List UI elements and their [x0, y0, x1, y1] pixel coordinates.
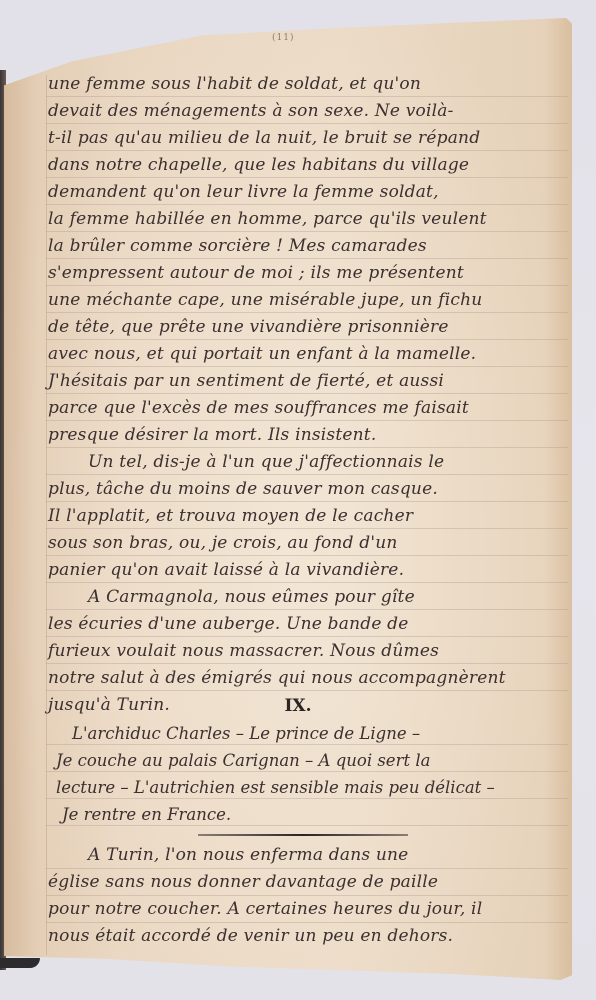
text-line: les écuries d'une auberge. Une bande de [48, 611, 568, 638]
section-divider [198, 834, 408, 836]
text-line: t-il pas qu'au milieu de la nuit, le bru… [48, 125, 568, 152]
margin-rule [46, 75, 47, 955]
text-line: devait des ménagements à son sexe. Ne vo… [48, 98, 568, 125]
text-line: la femme habillée en homme, parce qu'ils… [48, 206, 568, 233]
chapter-summary: L'archiduc Charles – Le prince de Ligne … [56, 720, 566, 828]
summary-line: Je couche au palais Carignan – A quoi se… [56, 747, 566, 774]
body-text: une femme sous l'habit de soldat, et qu'… [48, 71, 568, 719]
summary-line: Je rentre en France. [56, 801, 566, 828]
text-line: Il l'applatit, et trouva moyen de le cac… [48, 503, 568, 530]
text-line: furieux voulait nous massacrer. Nous dûm… [48, 638, 568, 665]
text-line: une méchante cape, une misérable jupe, u… [48, 287, 568, 314]
text-line: dans notre chapelle, que les habitans du… [48, 152, 568, 179]
text-line: pour notre coucher. A certaines heures d… [48, 896, 568, 923]
text-line: A Carmagnola, nous eûmes pour gîte [48, 584, 568, 611]
closing-text: A Turin, l'on nous enferma dans une égli… [48, 842, 568, 950]
text-line: J'hésitais par un sentiment de fierté, e… [48, 368, 568, 395]
text-line: une femme sous l'habit de soldat, et qu'… [48, 71, 568, 98]
page-number: (11) [272, 33, 294, 43]
summary-line: lecture – L'autrichien est sensible mais… [56, 774, 566, 801]
text-line: église sans nous donner davantage de pai… [48, 869, 568, 896]
text-line: nous était accordé de venir un peu en de… [48, 923, 568, 950]
text-line: Un tel, dis-je à l'un que j'affectionnai… [48, 449, 568, 476]
text-line: de tête, que prête une vivandière prison… [48, 314, 568, 341]
text-line: demandent qu'on leur livre la femme sold… [48, 179, 568, 206]
chapter-heading: IX. [0, 696, 596, 716]
text-line: A Turin, l'on nous enferma dans une [48, 842, 568, 869]
text-line: s'empressent autour de moi ; ils me prés… [48, 260, 568, 287]
text-line: avec nous, et qui portait un enfant à la… [48, 341, 568, 368]
text-line: presque désirer la mort. Ils insistent. [48, 422, 568, 449]
text-line: plus, tâche du moins de sauver mon casqu… [48, 476, 568, 503]
text-line: panier qu'on avait laissé à la vivandièr… [48, 557, 568, 584]
text-line: la brûler comme sorcière ! Mes camarades [48, 233, 568, 260]
book-binding-corner [0, 958, 40, 968]
text-line: parce que l'excès de mes souffrances me … [48, 395, 568, 422]
text-line: notre salut à des émigrés qui nous accom… [48, 665, 568, 692]
summary-line: L'archiduc Charles – Le prince de Ligne … [56, 720, 566, 747]
text-line: sous son bras, ou, je crois, au fond d'u… [48, 530, 568, 557]
